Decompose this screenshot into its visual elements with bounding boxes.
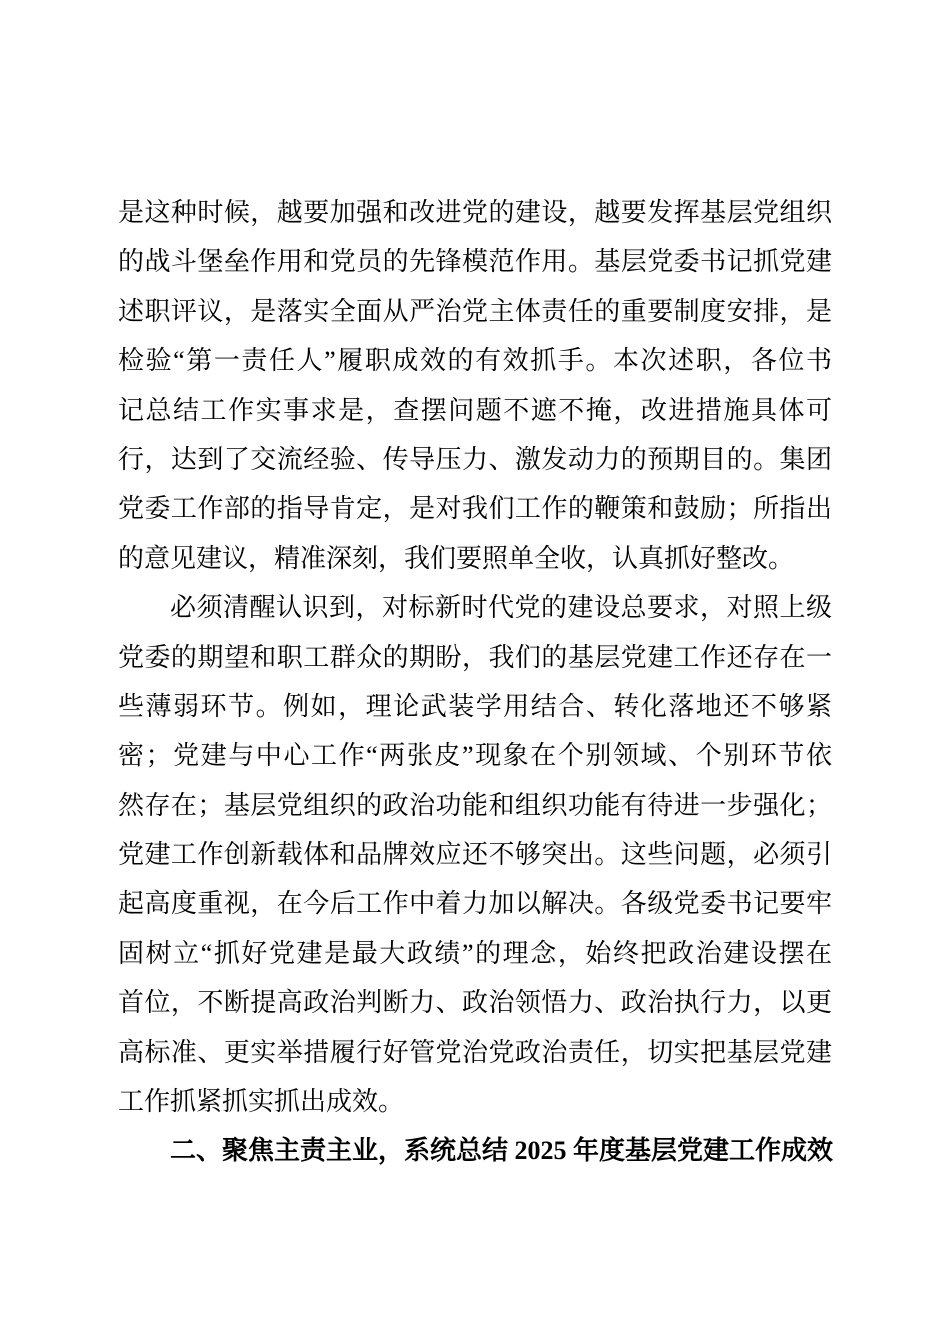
text-line: 些薄弱环节。例如，理论武装学用结合、转化落地还不够紧 [118,682,832,731]
text-line: 检验“第一责任人”履职成效的有效抓手。本次述职，各位书 [118,336,832,385]
section-heading: 二、聚焦主责主业，系统总结 2025 年度基层党建工作成效 [118,1126,832,1175]
text-line: 固树立“抓好党建是最大政绩”的理念，始终把政治建设摆在 [118,929,832,978]
text-line: 工作抓紧抓实抓出成效。 [118,1077,832,1126]
document-page: 是这种时候，越要加强和改进党的建设，越要发挥基层党组织的战斗堡垒作用和党员的先锋… [0,0,950,1344]
document-body: 是这种时候，越要加强和改进党的建设，越要发挥基层党组织的战斗堡垒作用和党员的先锋… [118,188,832,1176]
text-line: 然存在；基层党组织的政治功能和组织功能有待进一步强化； [118,781,832,830]
text-line: 的意见建议，精准深刻，我们要照单全收，认真抓好整改。 [118,534,832,583]
text-line: 起高度重视，在今后工作中着力加以解决。各级党委书记要牢 [118,879,832,928]
text-line: 的战斗堡垒作用和党员的先锋模范作用。基层党委书记抓党建 [118,237,832,286]
text-line: 党委的期望和职工群众的期盼，我们的基层党建工作还存在一 [118,633,832,682]
text-line: 记总结工作实事求是，查摆问题不遮不掩，改进措施具体可 [118,386,832,435]
text-line: 党委工作部的指导肯定，是对我们工作的鞭策和鼓励；所指出 [118,484,832,533]
text-line: 必须清醒认识到，对标新时代党的建设总要求，对照上级 [118,583,832,632]
text-line: 高标准、更实举措履行好管党治党政治责任，切实把基层党建 [118,1028,832,1077]
text-line: 密；党建与中心工作“两张皮”现象在个别领域、个别环节依 [118,731,832,780]
text-line: 行，达到了交流经验、传导压力、激发动力的预期目的。集团 [118,435,832,484]
text-line: 述职评议，是落实全面从严治党主体责任的重要制度安排，是 [118,287,832,336]
text-line: 党建工作创新载体和品牌效应还不够突出。这些问题，必须引 [118,830,832,879]
text-line: 是这种时候，越要加强和改进党的建设，越要发挥基层党组织 [118,188,832,237]
text-line: 首位，不断提高政治判断力、政治领悟力、政治执行力，以更 [118,978,832,1027]
